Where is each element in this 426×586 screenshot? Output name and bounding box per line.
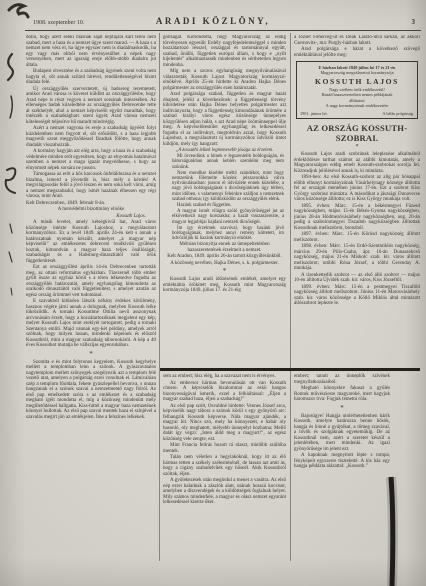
- article-paragraph: 1898. évben: Márc. 15-én Erdő-Szentmikló…: [294, 244, 420, 272]
- section-divider-star: *: [163, 268, 286, 275]
- article-paragraph: Azért a nemzet vagyona és ereje a szabad…: [26, 126, 156, 148]
- article-paragraph: Új országgyűlés szerveztetett, új hadser…: [26, 87, 156, 126]
- ink-mark-icon: [10, 224, 12, 233]
- masthead-title: ARADI KÖZLÖNY,: [0, 16, 426, 26]
- ink-mark-icon: [6, 168, 16, 193]
- article-paragraph: „A kossuthi lelkek legnemesebb jósága az…: [163, 148, 286, 153]
- article-paragraph: Talán nem véletlen a hegylakóknál, hogy …: [163, 455, 286, 477]
- plaque-intro-paragraphs: a József Főherceg-út és Deák László-utca…: [294, 35, 420, 58]
- article-paragraph: Kossuth Lajos aradi szobrának leleplezés…: [294, 152, 420, 174]
- plaque-line-6: A nagy kormányzónak emlékezetére: [300, 103, 414, 108]
- article-paragraph: Nem mondhat kisebbé méltó szándékot, min…: [172, 171, 284, 202]
- article-paragraph: E szavakból kitűnően látszik néhány érde…: [26, 299, 156, 349]
- article-paragraph: 1895. évben: Márc. 15-én a békésmegyei F…: [294, 204, 420, 232]
- article-paragraph: Arad polgársága e házat a következő szöv…: [294, 47, 420, 58]
- page-number: 3: [412, 19, 416, 26]
- article-paragraph: Budapest elvesztése és a szabadság ügyén…: [26, 69, 156, 86]
- article-paragraph: A kapuknak megnyitott lépte s tompa, fén…: [294, 453, 390, 470]
- memorial-plaque-box: E házban lakott 1849 július hó 17 és 21-…: [296, 61, 418, 119]
- article-paragraph: Mi örvendünk a hitnek e legszentebb bold…: [172, 154, 284, 170]
- article-paragraph: Szontita e és mint folytonos kegyelem, K…: [26, 360, 156, 421]
- article-paragraph: 1894-ben: Az első Kossuth-szobrot az ali…: [294, 175, 420, 203]
- column-right-top-section: a József Főherceg-út és Deák László-utca…: [294, 35, 420, 365]
- article-paragraph: A kormány hagyján azt elég arra, hogy a …: [26, 149, 156, 171]
- article-paragraph: Kelt Aradon, 1849. április 26-án tartott…: [163, 254, 286, 260]
- article-paragraph: A közönség nevében, Hajka Dénes, s. k. p…: [163, 261, 286, 267]
- article-paragraph: A magyar ismét világra szóló gyönyörűség…: [172, 209, 284, 225]
- article-paragraph: A gyülekezések után megindul a menet a v…: [163, 478, 286, 506]
- plaque-footer-signature: A hálás polgárság.: [382, 111, 414, 116]
- heading-divider-star: *: [294, 144, 420, 150]
- plaque-kossuth-name: KOSSUTH LAJOS: [300, 77, 414, 86]
- article-paragraph: Az embersor hármas bevonulásán ott van K…: [163, 381, 286, 403]
- article-paragraph: Kossuth Lajos.: [26, 214, 156, 220]
- article-paragraph: Kelt Debreczenben, 1849. február 8-án.: [26, 201, 156, 207]
- article-paragraph: goltságát. Kimondotta, hogy Magyarország…: [163, 35, 286, 68]
- column-right: a József Főherceg-út és Deák László-utca…: [294, 35, 420, 471]
- plaque-footer-date: 1901. június hó.: [300, 111, 328, 116]
- ink-mark-icon: [11, 288, 12, 295]
- article-heading: AZ ORSZÁG KOSSUTH-SZOBRAI.: [294, 123, 420, 143]
- plaque-footer: 1901. június hó. A hálás polgárság.: [300, 111, 414, 116]
- newspaper-page: 1908. szeptember 10. ARADI KÖZLÖNY, 3 do…: [0, 0, 426, 586]
- article-paragraph: Hazánk szabad és független.: [172, 203, 284, 208]
- article-paragraph: Támogassa az erőt a hős harcosok önfelál…: [26, 172, 156, 200]
- statue-list-paragraphs: Kossuth Lajos aradi szobrának leleplezés…: [294, 152, 420, 307]
- article-paragraph: Ím így érzelmek szavával, hogy hazánk jö…: [172, 226, 284, 242]
- article-paragraph: Az első pap szólt, Osvaldné hirdette: Ve…: [163, 404, 286, 443]
- column-middle-bottom-section: sem az embert; hisz elég, ha a szavazat …: [163, 374, 286, 506]
- article-paragraph: sem az embert; hisz elég, ha a szavazat …: [163, 374, 286, 380]
- plaque-line-2: Magyarország megválasztott kormányzója: [300, 70, 414, 75]
- article-paragraph: Ezt az országgyűlést április 14-én Debre…: [26, 265, 156, 298]
- column-left: dolni, hogy azért senki másnak saját nép…: [26, 35, 156, 557]
- gutter-shadow: [391, 477, 393, 586]
- column-right-bottom-section: embert; tanult az ünneplők szívének megn…: [294, 374, 420, 470]
- article-paragraph: embert; tanult az ünneplők szívének megn…: [294, 374, 390, 385]
- article-paragraph: A másik levelet, amely kétségkívül hat, …: [26, 220, 156, 264]
- header-rule: [25, 30, 421, 31]
- article-paragraph: Bajosügye! Hangja utolérhetetlenben hári…: [294, 414, 390, 453]
- section-divider-star: *: [26, 351, 156, 358]
- article-paragraph: A honvédelmi bizottmány elnöke: [26, 207, 156, 213]
- article-paragraph: Méltóan bizonyítja ennek az ünnepeltetés…: [163, 242, 286, 253]
- column-divider-rule-left: [159, 33, 160, 561]
- column-middle-top-section: goltságát. Kimondotta, hogy Magyarország…: [163, 35, 286, 365]
- article-paragraph: Kossuth Lajos aradi időzésének emlékét, …: [163, 277, 286, 294]
- column-middle: goltságát. Kimondotta, hogy Magyarország…: [163, 35, 286, 507]
- article-paragraph: a József Főherceg-út és Deák László-utca…: [294, 35, 420, 46]
- article-paragraph: Mint Francia felírás hozott rá olaszt, m…: [163, 443, 286, 454]
- article-paragraph: A tizenkettedik szobrot — az első álló s…: [294, 273, 420, 284]
- column-divider-rule-right: [290, 33, 291, 561]
- article-paragraph: Míg nem a szoros egyhangúság megnyilvánu…: [163, 69, 286, 91]
- article-paragraph: 1899. évben: Márc. 15-én a pestmegyei Ti…: [294, 285, 420, 307]
- article-paragraph: Megható könnyekre fakaszt a gyűlés Ronto…: [294, 386, 390, 403]
- article-paragraph: dolni, hogy azért senki másnak saját nép…: [26, 35, 156, 68]
- ink-mark-icon: [9, 252, 12, 262]
- ink-mark-icon: [8, 54, 13, 80]
- article-paragraph: Arad polgársága szabad, független és mag…: [163, 92, 286, 147]
- article-paragraph: 1897. évben: Márc. 15-én Körösd nagyközs…: [294, 232, 420, 243]
- section-divider-star: *: [294, 405, 390, 412]
- ink-mark-icon: [10, 96, 12, 118]
